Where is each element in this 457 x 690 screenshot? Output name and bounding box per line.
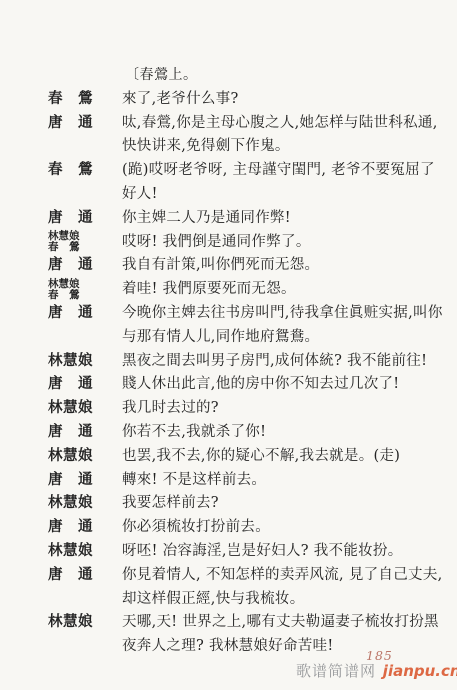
watermark-site-name: 歌谱简谱网 <box>296 662 376 680</box>
dialogue-row: 春 鶯來了,老爷什么事? <box>48 88 423 112</box>
dialogue-text: 我要怎样前去? <box>122 492 423 516</box>
dialogue-row: 唐 通轉來! 不是这样前去。 <box>48 469 423 493</box>
dialogue-text: 你若不去,我就杀了你! <box>122 421 423 445</box>
dialogue-text: 也罢,我不去,你的疑心不解,我去就是。(走) <box>122 445 423 469</box>
dialogue-line: 呔,春鶯,你是主母心腹之人,她怎样与陆世科私通, <box>122 112 438 136</box>
dialogue-row: 唐 通今晚你主婢去往书房叫門,待我拿住眞赃实据,叫你与那有情人儿,同作地府鴛鴦。 <box>48 302 423 350</box>
speaker-name: 唐 通 <box>48 302 122 326</box>
dialogue-row: 林慧娘也罢,我不去,你的疑心不解,我去就是。(走) <box>48 445 423 469</box>
dialogue-line: 我自有計策,叫你們死而无怨。 <box>122 254 423 278</box>
dialogue-text: 着哇! 我們原要死而无怨。 <box>122 278 423 302</box>
dialogue-row: 春 鶯(跪)哎呀老爷呀, 主母謹守閨門, 老爷不要冤屈了好人! <box>48 159 423 207</box>
speaker-name: 唐 通 <box>48 469 122 493</box>
dialogue-line: 今晚你主婢去往书房叫門,待我拿住眞赃实据,叫你 <box>122 302 443 326</box>
speaker-name-stacked: 林慧娘春 鶯 <box>48 231 122 255</box>
script-content: 〔春鶯上。 春 鶯來了,老爷什么事?唐 通呔,春鶯,你是主母心腹之人,她怎样与陆… <box>48 64 423 659</box>
dialogue-row: 唐 通我自有計策,叫你們死而无怨。 <box>48 254 423 278</box>
speaker-name: 林慧娘 <box>48 540 122 564</box>
dialogue-row: 林慧娘春 鶯着哇! 我們原要死而无怨。 <box>48 278 423 302</box>
script-page: 〔春鶯上。 春 鶯來了,老爷什么事?唐 通呔,春鶯,你是主母心腹之人,她怎样与陆… <box>0 0 457 690</box>
speaker-name: 唐 通 <box>48 207 122 231</box>
dialogue-text: (跪)哎呀老爷呀, 主母謹守閨門, 老爷不要冤屈了好人! <box>122 159 435 207</box>
dialogue-line: 你見着情人, 不知怎样的卖弄风流, 見了自己丈夫, <box>122 564 443 588</box>
watermark-site-url: jianpu.cn <box>383 662 457 680</box>
speaker-name: 唐 通 <box>48 373 122 397</box>
dialogue-row: 唐 通你若不去,我就杀了你! <box>48 421 423 445</box>
dialogue-line: 你若不去,我就杀了你! <box>122 421 423 445</box>
speaker-name: 唐 通 <box>48 112 122 136</box>
speaker-name: 春 鶯 <box>48 290 122 301</box>
dialogue-line: 黑夜之間去叫男子房門,成何体統? 我不能前往! <box>122 350 427 374</box>
speaker-name: 春 鶯 <box>48 88 122 112</box>
dialogue-text: 你主婢二人乃是通同作弊! <box>122 207 423 231</box>
dialogue-line: 來了,老爷什么事? <box>122 88 423 112</box>
stage-direction: 〔春鶯上。 <box>125 64 423 88</box>
dialogue-list: 春 鶯來了,老爷什么事?唐 通呔,春鶯,你是主母心腹之人,她怎样与陆世科私通,快… <box>48 88 423 659</box>
dialogue-line: 我几时去过的? <box>122 397 423 421</box>
dialogue-row: 唐 通你主婢二人乃是通同作弊! <box>48 207 423 231</box>
dialogue-text: 呔,春鶯,你是主母心腹之人,她怎样与陆世科私通,快快讲来,免得劍下作鬼。 <box>122 112 438 160</box>
dialogue-row: 唐 通賤人休出此言,他的房中你不知去过几次了! <box>48 373 423 397</box>
speaker-name: 林慧娘 <box>48 397 122 421</box>
dialogue-text: 你必須梳妆打扮前去。 <box>122 516 423 540</box>
dialogue-line: 你主婢二人乃是通同作弊! <box>122 207 423 231</box>
dialogue-line: 好人! <box>122 183 435 207</box>
dialogue-row: 林慧娘黑夜之間去叫男子房門,成何体統? 我不能前往! <box>48 350 423 374</box>
dialogue-line: 轉來! 不是这样前去。 <box>122 469 423 493</box>
dialogue-text: 賤人休出此言,他的房中你不知去过几次了! <box>122 373 423 397</box>
dialogue-line: 哎呀! 我們倒是通同作弊了。 <box>122 231 423 255</box>
dialogue-line: 与那有情人儿,同作地府鴛鴦。 <box>122 326 443 350</box>
dialogue-line: 着哇! 我們原要死而无怨。 <box>122 278 423 302</box>
speaker-name: 春 鶯 <box>48 242 122 253</box>
dialogue-row: 唐 通呔,春鶯,你是主母心腹之人,她怎样与陆世科私通,快快讲来,免得劍下作鬼。 <box>48 112 423 160</box>
dialogue-row: 唐 通你必須梳妆打扮前去。 <box>48 516 423 540</box>
dialogue-line: 天哪,天! 世界之上,哪有丈夫勒逼妻子梳妆打扮黑 <box>122 611 439 635</box>
speaker-name: 春 鶯 <box>48 159 122 183</box>
speaker-name: 林慧娘 <box>48 350 122 374</box>
watermark: 歌谱简谱网 jianpu.cn <box>296 660 457 681</box>
speaker-name-stacked: 林慧娘春 鶯 <box>48 278 122 302</box>
dialogue-line: 你必須梳妆打扮前去。 <box>122 516 423 540</box>
dialogue-line: 我要怎样前去? <box>122 492 423 516</box>
dialogue-text: 呀呸! 冶容誨淫,岂是好妇人? 我不能妆扮。 <box>122 540 423 564</box>
dialogue-line: (跪)哎呀老爷呀, 主母謹守閨門, 老爷不要冤屈了 <box>122 159 435 183</box>
dialogue-line: 却这样假正經,快与我梳妆。 <box>122 588 443 612</box>
dialogue-text: 轉來! 不是这样前去。 <box>122 469 423 493</box>
dialogue-text: 黑夜之間去叫男子房門,成何体統? 我不能前往! <box>122 350 427 374</box>
speaker-name: 唐 通 <box>48 516 122 540</box>
dialogue-text: 我自有計策,叫你們死而无怨。 <box>122 254 423 278</box>
dialogue-row: 林慧娘呀呸! 冶容誨淫,岂是好妇人? 我不能妆扮。 <box>48 540 423 564</box>
dialogue-line: 也罢,我不去,你的疑心不解,我去就是。(走) <box>122 445 423 469</box>
dialogue-line: 快快讲来,免得劍下作鬼。 <box>122 135 438 159</box>
speaker-name: 唐 通 <box>48 564 122 588</box>
speaker-name: 林慧娘 <box>48 445 122 469</box>
dialogue-row: 林慧娘我要怎样前去? <box>48 492 423 516</box>
speaker-name: 林慧娘 <box>48 492 122 516</box>
dialogue-row: 唐 通你見着情人, 不知怎样的卖弄风流, 見了自己丈夫,却这样假正經,快与我梳妆… <box>48 564 423 612</box>
dialogue-text: 哎呀! 我們倒是通同作弊了。 <box>122 231 423 255</box>
speaker-name: 林慧娘 <box>48 611 122 635</box>
speaker-name: 唐 通 <box>48 421 122 445</box>
dialogue-text: 你見着情人, 不知怎样的卖弄风流, 見了自己丈夫,却这样假正經,快与我梳妆。 <box>122 564 443 612</box>
dialogue-row: 林慧娘我几时去过的? <box>48 397 423 421</box>
speaker-name: 唐 通 <box>48 254 122 278</box>
dialogue-text: 我几时去过的? <box>122 397 423 421</box>
dialogue-text: 來了,老爷什么事? <box>122 88 423 112</box>
dialogue-line: 賤人休出此言,他的房中你不知去过几次了! <box>122 373 423 397</box>
dialogue-row: 林慧娘春 鶯哎呀! 我們倒是通同作弊了。 <box>48 231 423 255</box>
dialogue-text: 今晚你主婢去往书房叫門,待我拿住眞赃实据,叫你与那有情人儿,同作地府鴛鴦。 <box>122 302 443 350</box>
dialogue-line: 呀呸! 冶容誨淫,岂是好妇人? 我不能妆扮。 <box>122 540 423 564</box>
